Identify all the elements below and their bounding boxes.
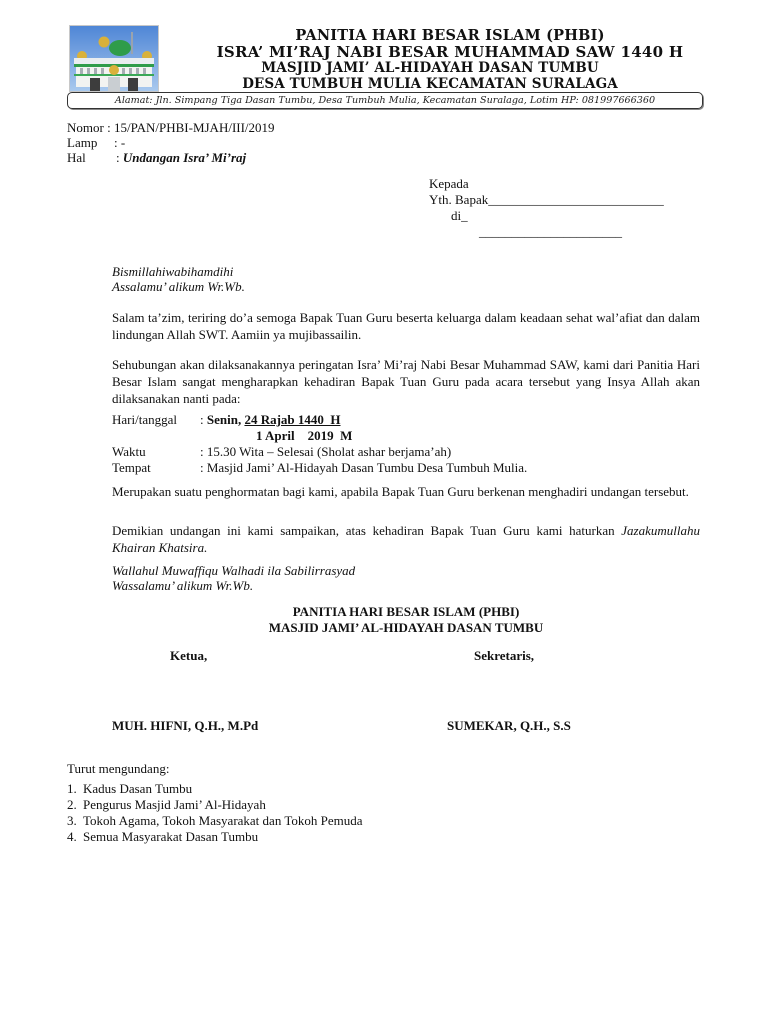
- cc-item-number: 1.: [67, 781, 83, 797]
- cc-item-text: Semua Masyarakat Dasan Tumbu: [83, 829, 258, 844]
- hal-label: Hal: [67, 150, 116, 165]
- date-hijri: 24 Rajab 1440 H: [244, 412, 340, 427]
- date-label: Hari/tanggal: [112, 412, 200, 428]
- date-masehi: 1 April 2019 M: [256, 428, 352, 444]
- greeting-bismillah: Bismillahiwabihamdihi: [112, 264, 700, 279]
- closing-wassalam: Wassalamu’ alikum Wr.Wb.: [112, 578, 700, 593]
- letterhead-mosque: MASJID JAMI’ AL-HIDAYAH DASAN TUMBU: [160, 60, 700, 76]
- lamp-label: Lamp: [67, 135, 114, 150]
- cc-item-number: 2.: [67, 797, 83, 813]
- cc-item-text: Kadus Dasan Tumbu: [83, 781, 192, 796]
- detail-time-row: Waktu: 15.30 Wita – Selesai (Sholat asha…: [112, 444, 451, 460]
- detail-place-row: Tempat: Masjid Jami’ Al-Hidayah Dasan Tu…: [112, 460, 527, 476]
- recipient-address-blank: ______________________: [479, 224, 622, 239]
- hal-value: Undangan Isra’ Mi’raj: [123, 150, 246, 165]
- signature-org-line2: MASJID JAMI’ AL-HIDAYAH DASAN TUMBU: [112, 620, 700, 636]
- letterhead-address: Alamat: Jln. Simpang Tiga Dasan Tumbu, D…: [67, 92, 703, 109]
- signature-chair-name: MUH. HIFNI, Q.H., M.Pd: [112, 718, 258, 734]
- hal-separator: :: [116, 150, 123, 165]
- cc-item: 3.Tokoh Agama, Tokoh Masyarakat dan Toko…: [67, 813, 363, 829]
- closing-wallahul: Wallahul Muwaffiqu Walhadi ila Sabilirra…: [112, 563, 700, 578]
- letterhead-event: ISRA’ MI’RAJ NABI BESAR MUHAMMAD SAW 144…: [150, 43, 750, 61]
- demikian-text: Demikian undangan ini kami sampaikan, at…: [112, 523, 621, 538]
- time-label: Waktu: [112, 444, 200, 460]
- date-separator: :: [200, 412, 207, 427]
- mosque-logo-icon: [69, 25, 159, 92]
- time-value: : 15.30 Wita – Selesai (Sholat ashar ber…: [200, 444, 451, 459]
- paragraph-demikian: Demikian undangan ini kami sampaikan, at…: [112, 522, 700, 556]
- paragraph-salam: Salam ta’zim, teriring do’a semoga Bapak…: [112, 309, 700, 343]
- nomor-value: : 15/PAN/PHBI-MJAH/III/2019: [107, 120, 274, 135]
- cc-item: 4.Semua Masyarakat Dasan Tumbu: [67, 829, 258, 845]
- cc-item-number: 4.: [67, 829, 83, 845]
- hal-row: Hal: Undangan Isra’ Mi’raj: [67, 150, 246, 165]
- cc-item: 2.Pengurus Masjid Jami’ Al-Hidayah: [67, 797, 266, 813]
- signature-chair-title: Ketua,: [170, 648, 207, 664]
- paragraph-sehubungan: Sehubungan akan dilaksanakannya peringat…: [112, 356, 700, 407]
- recipient-yth: Yth. Bapak___________________________: [429, 192, 664, 207]
- recipient-di: di_: [451, 208, 468, 223]
- lamp-row: Lamp: -: [67, 135, 125, 150]
- date-day: Senin,: [207, 412, 245, 427]
- cc-title: Turut mengundang:: [67, 761, 169, 777]
- letterhead-title: PANITIA HARI BESAR ISLAM (PHBI): [150, 27, 750, 44]
- cc-item-text: Pengurus Masjid Jami’ Al-Hidayah: [83, 797, 266, 812]
- greeting-salam: Assalamu’ alikum Wr.Wb.: [112, 279, 700, 294]
- recipient-kepada: Kepada: [429, 176, 469, 191]
- signature-secretary-name: SUMEKAR, Q.H., S.S: [447, 718, 571, 734]
- signature-secretary-title: Sekretaris,: [474, 648, 534, 664]
- cc-item-number: 3.: [67, 813, 83, 829]
- letterhead-village: DESA TUMBUH MULIA KECAMATAN SURALAGA: [160, 76, 700, 92]
- paragraph-penghormatan: Merupakan suatu penghormatan bagi kami, …: [112, 483, 700, 500]
- detail-date-row: Hari/tanggal: Senin, 24 Rajab 1440 H: [112, 412, 341, 428]
- cc-item: 1.Kadus Dasan Tumbu: [67, 781, 192, 797]
- place-label: Tempat: [112, 460, 200, 476]
- cc-item-text: Tokoh Agama, Tokoh Masyarakat dan Tokoh …: [83, 813, 363, 828]
- nomor-row: Nomor : 15/PAN/PHBI-MJAH/III/2019: [67, 120, 275, 135]
- lamp-value: : -: [114, 135, 125, 150]
- nomor-label: Nomor: [67, 120, 104, 135]
- place-value: : Masjid Jami’ Al-Hidayah Dasan Tumbu De…: [200, 460, 527, 475]
- signature-org-line1: PANITIA HARI BESAR ISLAM (PHBI): [112, 604, 700, 620]
